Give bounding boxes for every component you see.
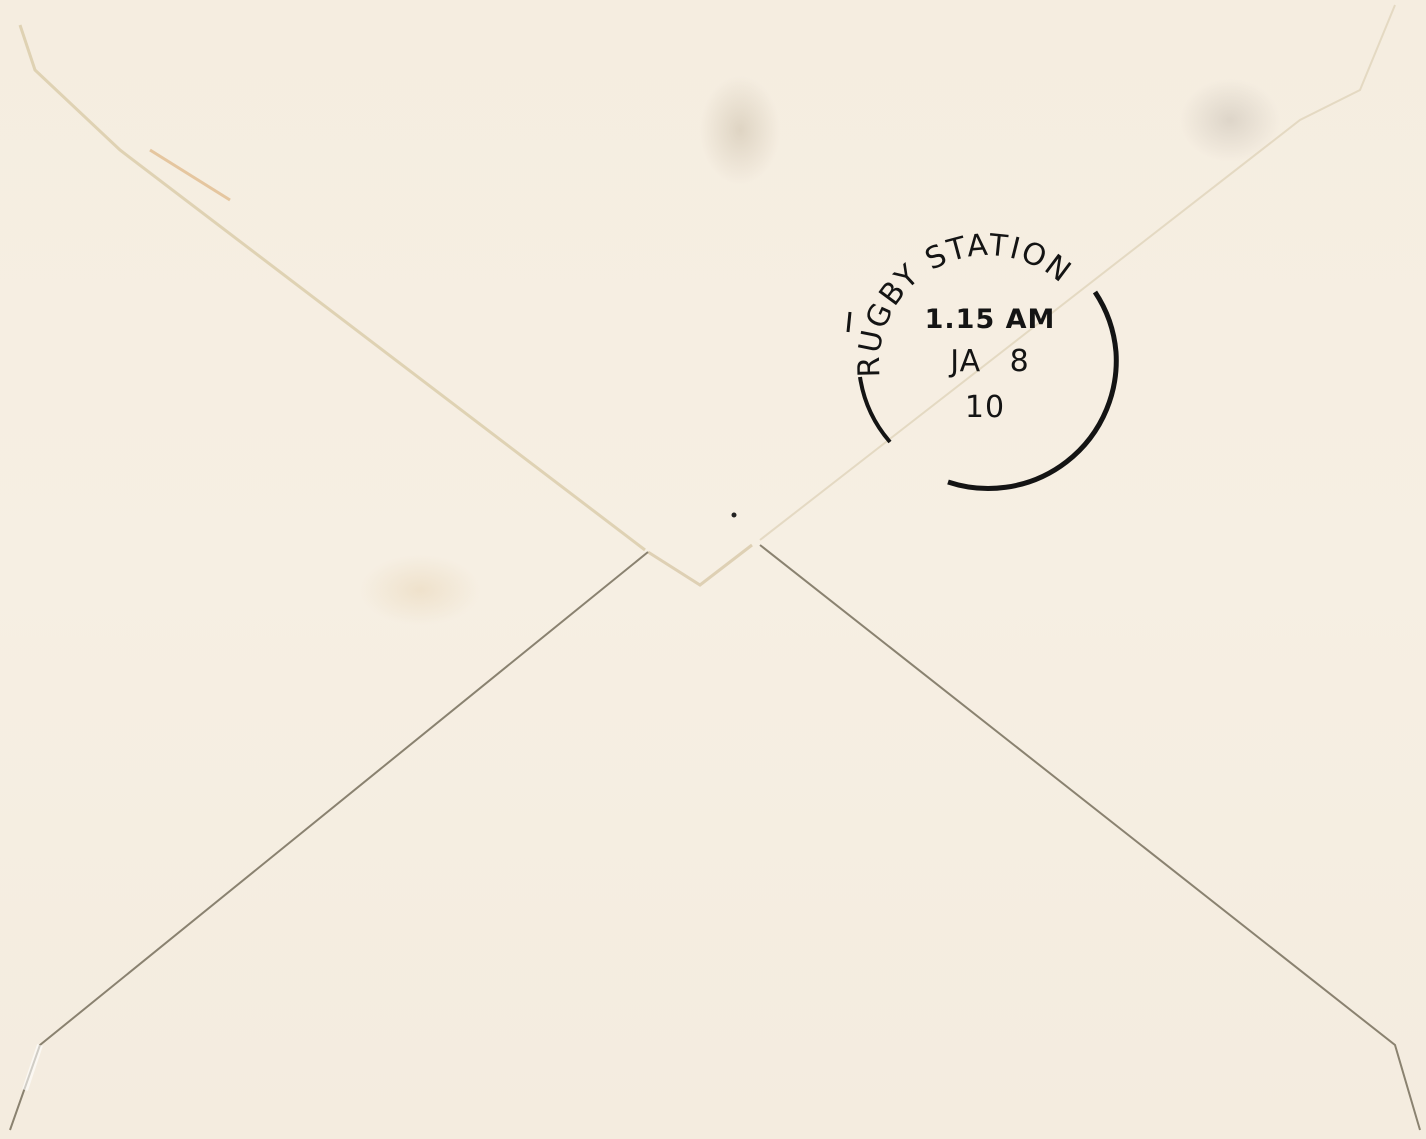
postmark-day: 8 [1010, 344, 1030, 379]
postmark-time: 1.15 AM [910, 304, 1070, 335]
postmark-month: JA [950, 344, 981, 379]
envelope-back: RUGBY STATION 1.15 AM JA 8 10 [0, 0, 1426, 1139]
envelope-fold-lines [0, 0, 1426, 1139]
postmark-date: JA 8 [910, 344, 1070, 379]
postmark-year: 10 [905, 390, 1065, 425]
postmark: RUGBY STATION 1.15 AM JA 8 10 [840, 232, 1130, 492]
